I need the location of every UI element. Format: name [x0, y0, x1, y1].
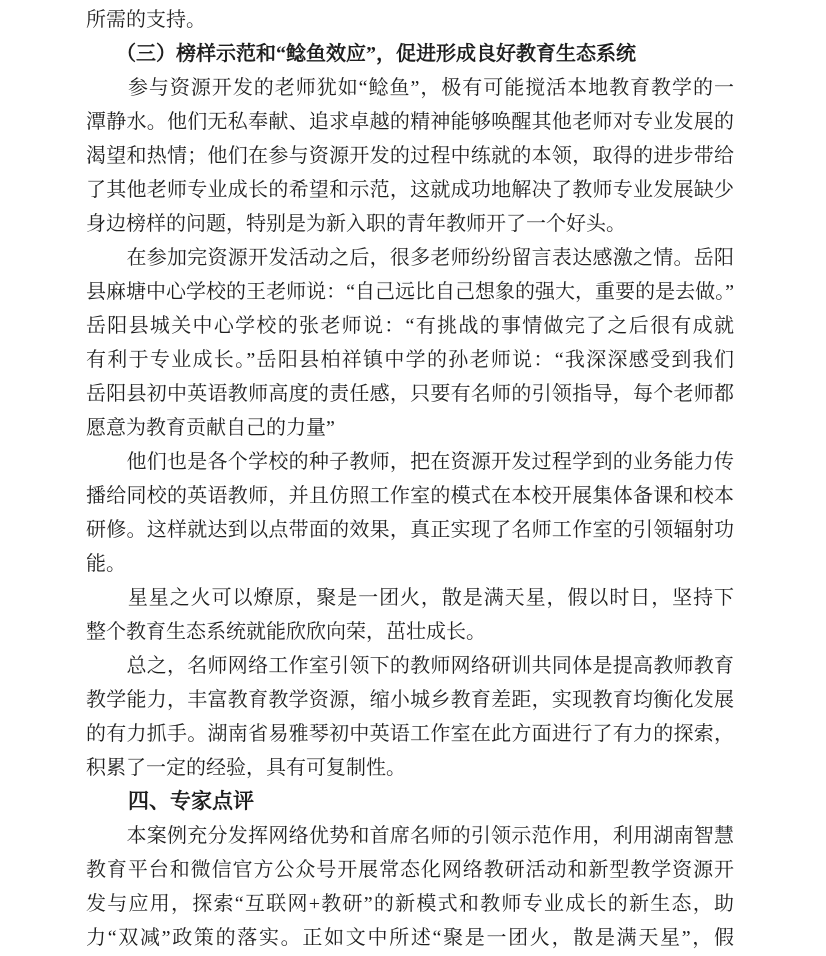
text-line: 渴望和热情；他们在参与资源开发的过程中练就的本领，取得的进步带给 [86, 139, 734, 173]
document-page: 所需的支持。 （三）榜样示范和“鲶鱼效应”，促进形成良好教育生态系统 参与资源开… [0, 0, 826, 956]
text-line: 岳阳县城关中心学校的张老师说：“有挑战的事情做完了之后很有成就感， [86, 309, 734, 343]
text-line: 播给同校的英语教师，并且仿照工作室的模式在本校开展集体备课和校本 [86, 479, 734, 513]
subsection-heading: （三）榜样示范和“鲶鱼效应”，促进形成良好教育生态系统 [86, 37, 734, 71]
text-line: 愿意为教育贡献自己的力量” [86, 411, 734, 445]
text-line: 研修。这样就达到以点带面的效果，真正实现了名师工作室的引领辐射功 [86, 513, 734, 547]
text-line: 整个教育生态系统就能欣欣向荣，茁壮成长。 [86, 615, 734, 649]
text-line: 力“双减”政策的落实。正如文中所述“聚是一团火，散是满天星”，假 [86, 921, 734, 955]
text-line: 发与应用，探索“互联网+教研”的新模式和教师专业成长的新生态，助 [86, 887, 734, 921]
text-line: 积累了一定的经验，具有可复制性。 [86, 751, 734, 785]
text-line: 了其他老师专业成长的希望和示范，这就成功地解决了教师专业发展缺少 [86, 173, 734, 207]
text-line: 本案例充分发挥网络优势和首席名师的引领示范作用，利用湖南智慧 [86, 819, 734, 853]
text-line: 岳阳县初中英语教师高度的责任感，只要有名师的引领指导，每个老师都 [86, 377, 734, 411]
text-line: 身边榜样的问题，特别是为新入职的青年教师开了一个好头。 [86, 207, 734, 241]
text-line: 能。 [86, 547, 734, 581]
text-line: 有利于专业成长。”岳阳县柏祥镇中学的孙老师说：“我深深感受到我们 [86, 343, 734, 377]
section-heading: 四、专家点评 [86, 785, 734, 819]
text-line: 教学能力，丰富教育教学资源，缩小城乡教育差距，实现教育均衡化发展 [86, 683, 734, 717]
text-line: 参与资源开发的老师犹如“鲶鱼”，极有可能搅活本地教育教学的一 [86, 71, 734, 105]
text-line: 总之，名师网络工作室引领下的教师网络研训共同体是提高教师教育 [86, 649, 734, 683]
text-line: 教育平台和微信官方公众号开展常态化网络教研活动和新型教学资源开 [86, 853, 734, 887]
text-line: 县麻塘中心学校的王老师说：“自己远比自己想象的强大，重要的是去做。” [86, 275, 734, 309]
text-line: 潭静水。他们无私奉献、追求卓越的精神能够唤醒其他老师对专业发展的 [86, 105, 734, 139]
text-line: 他们也是各个学校的种子教师，把在资源开发过程学到的业务能力传 [86, 445, 734, 479]
text-line: 在参加完资源开发活动之后，很多老师纷纷留言表达感激之情。岳阳 [86, 241, 734, 275]
text-line: 所需的支持。 [86, 3, 734, 37]
text-line: 的有力抓手。湖南省易雅琴初中英语工作室在此方面进行了有力的探索， [86, 717, 734, 751]
text-line: 星星之火可以燎原，聚是一团火，散是满天星，假以时日，坚持下去， [86, 581, 734, 615]
document-text-column: 所需的支持。 （三）榜样示范和“鲶鱼效应”，促进形成良好教育生态系统 参与资源开… [86, 3, 734, 955]
